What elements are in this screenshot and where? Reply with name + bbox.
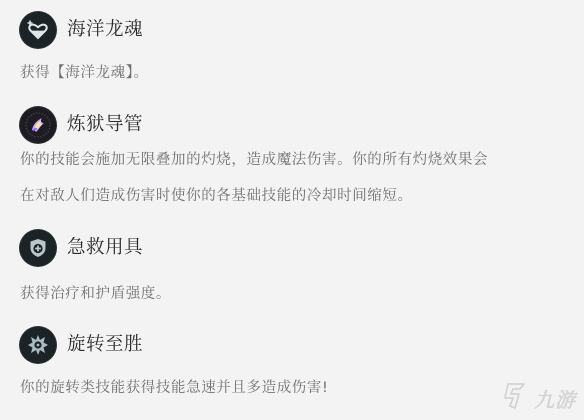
description-line: 你的技能会施加无限叠加的灼烧，造成魔法伤害。你的所有灼烧效果会 [20,142,488,178]
description-line: 在对敌人们造成伤害时使你的各基础技能的冷却时间缩短。 [20,178,488,214]
heart-plus-icon [20,12,56,48]
jiuyou-logo-icon [502,380,532,416]
description-line: 你的旋转类技能获得技能急速并且多造成伤害! [20,370,328,406]
augment-header: 海洋龙魂 [20,12,143,48]
augment-title: 海洋龙魂 [67,18,143,42]
jiuyou-watermark: 九游 [502,380,576,416]
sawblade-icon [20,327,56,363]
augment-description: 你的旋转类技能获得技能急速并且多造成伤害! [20,370,328,406]
augment-title: 炼狱导管 [67,113,143,137]
watermark-text: 九游 [534,384,576,413]
description-line: 获得【海洋龙魂】。 [20,55,149,91]
flame-conduit-icon [20,107,56,143]
shield-cross-icon [20,230,56,266]
augment-header: 急救用具 [20,230,143,266]
augment-description: 获得【海洋龙魂】。 [20,55,149,91]
augment-title: 急救用具 [67,236,143,260]
description-line: 获得治疗和护盾强度。 [20,276,171,312]
augment-header: 旋转至胜 [20,327,143,363]
augment-description: 你的技能会施加无限叠加的灼烧，造成魔法伤害。你的所有灼烧效果会 在对敌人们造成伤… [20,142,488,214]
augment-header: 炼狱导管 [20,107,143,143]
augment-title: 旋转至胜 [67,333,143,357]
augment-description: 获得治疗和护盾强度。 [20,276,171,312]
